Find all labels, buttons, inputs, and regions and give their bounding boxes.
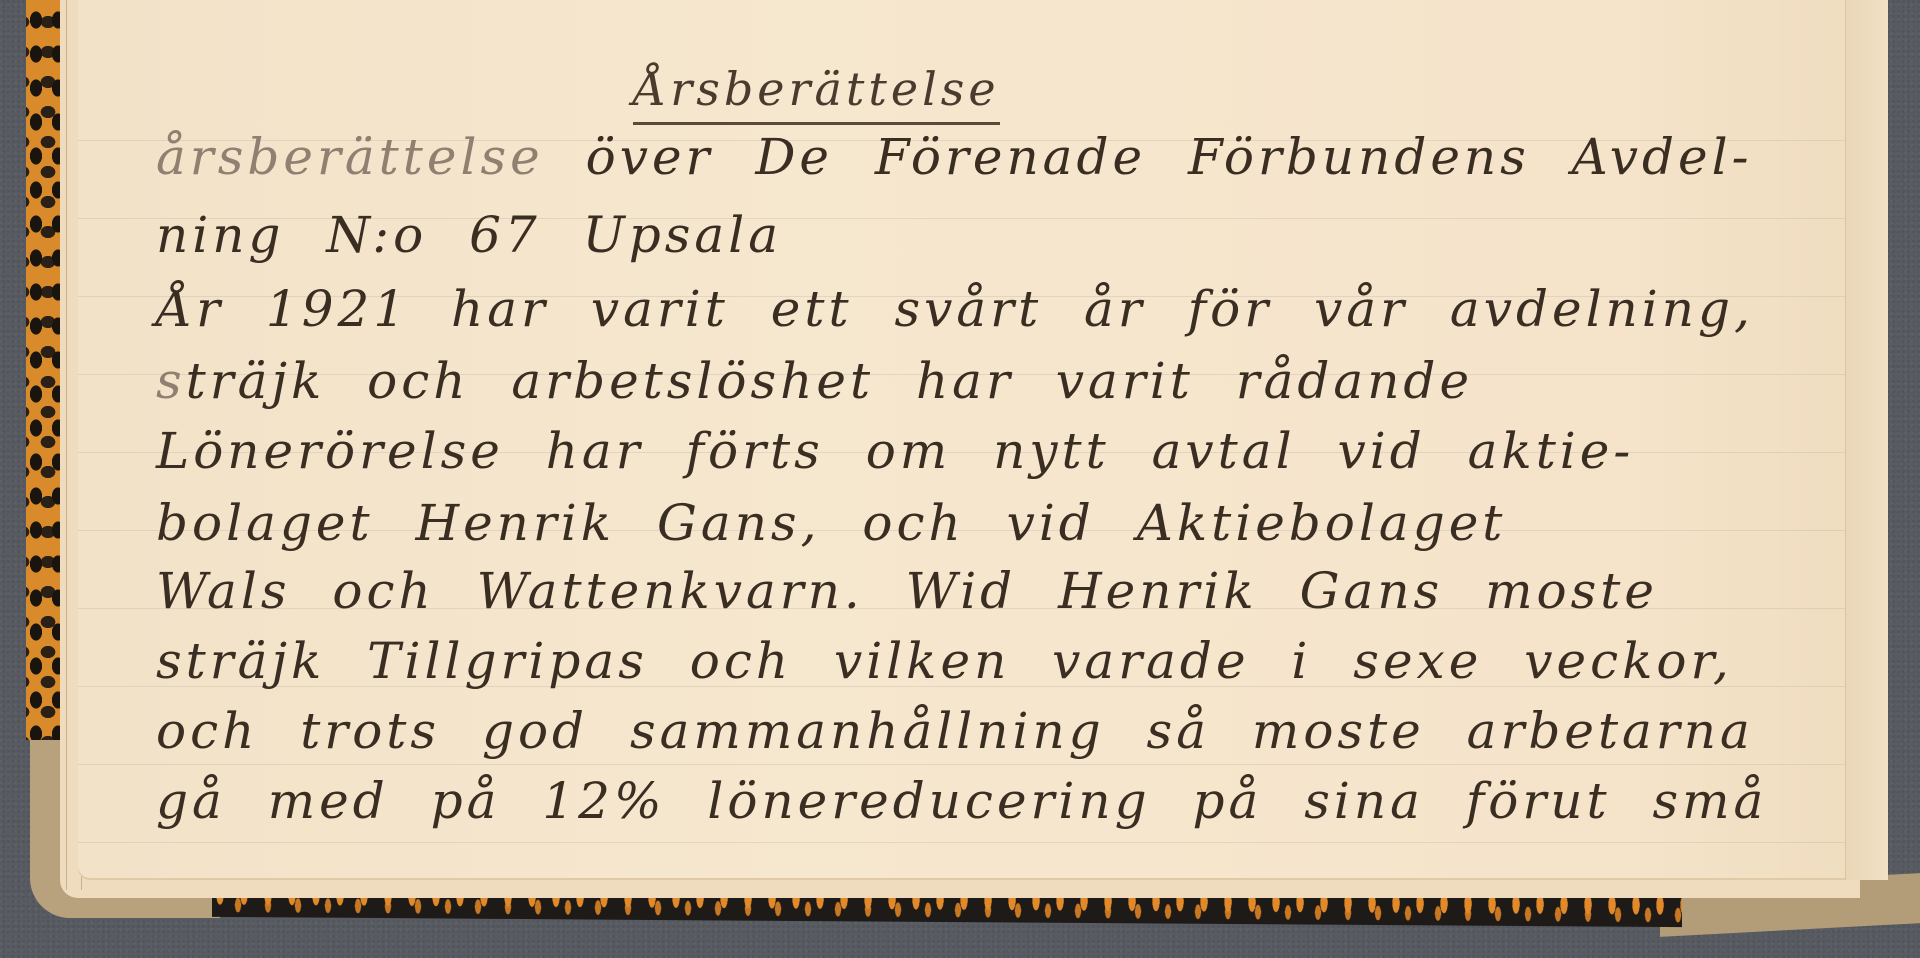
handwritten-line: årsberättelse över De Förenade Förbunden… [156, 128, 1753, 186]
line-text: Lönerörelse har förts om nytt avtal vid … [156, 422, 1634, 480]
faded-text: s [156, 352, 186, 410]
handwritten-line: gå med på 12% lönereducering på sina för… [156, 772, 1767, 830]
handwritten-line: ning N:o 67 Upsala [156, 206, 782, 264]
handwritten-line: År 1921 har varit ett svårt år för vår a… [156, 280, 1754, 338]
handwritten-line: sträjk Tillgripas och vilken varade i se… [156, 632, 1733, 690]
ledger-page: Årsberättelse årsberättelse över De Före… [78, 0, 1888, 880]
line-text: År 1921 har varit ett svårt år för vår a… [156, 280, 1754, 338]
handwritten-line: bolaget Henrik Gans, och vid Aktiebolage… [156, 494, 1506, 552]
handwritten-line: sträjk och arbetslöshet har varit rådand… [156, 352, 1473, 410]
handwritten-line: Wals och Wattenkvarn. Wid Henrik Gans mo… [156, 562, 1658, 620]
line-text: ning N:o 67 Upsala [156, 206, 782, 264]
page-gutter [1845, 0, 1888, 880]
document-title: Årsberättelse [633, 62, 1000, 125]
ruled-line [78, 842, 1846, 843]
ruled-line [78, 764, 1846, 765]
line-text: och trots god sammanhållning så moste ar… [156, 702, 1754, 760]
line-text: bolaget Henrik Gans, och vid Aktiebolage… [156, 494, 1506, 552]
faded-text: årsberättelse [156, 128, 544, 186]
line-text: sträjk Tillgripas och vilken varade i se… [156, 632, 1733, 690]
handwritten-line: och trots god sammanhållning så moste ar… [156, 702, 1754, 760]
line-text: träjk och arbetslöshet har varit rådande [186, 352, 1473, 410]
handwritten-line: Lönerörelse har förts om nytt avtal vid … [156, 422, 1634, 480]
line-text: gå med på 12% lönereducering på sina för… [156, 772, 1767, 830]
line-text: Wals och Wattenkvarn. Wid Henrik Gans mo… [156, 562, 1658, 620]
line-text: över De Förenade Förbundens Avdel- [544, 128, 1753, 186]
